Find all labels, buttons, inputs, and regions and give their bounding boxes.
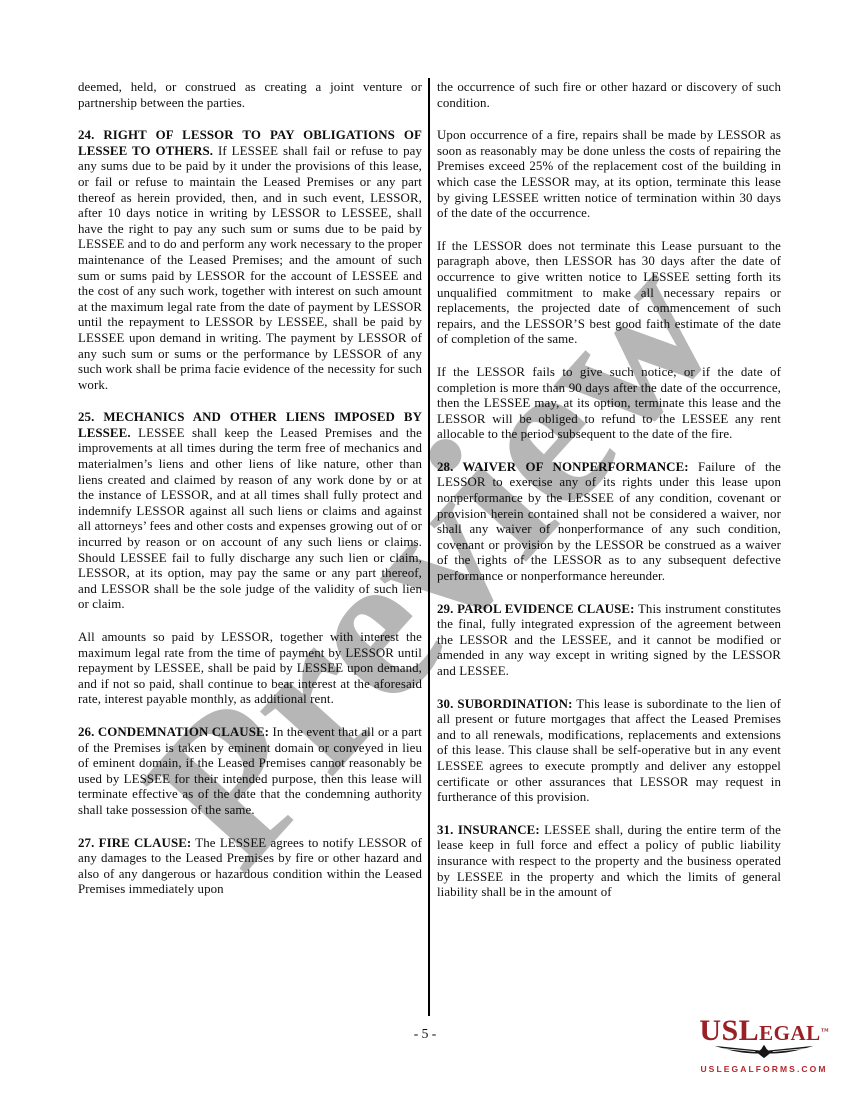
paragraph: 28. WAIVER OF NONPERFORMANCE: Failure of…: [437, 460, 781, 585]
paragraph: 25. MECHANICS AND OTHER LIENS IMPOSED BY…: [78, 410, 422, 613]
paragraph: 27. FIRE CLAUSE: The LESSEE agrees to no…: [78, 836, 422, 898]
section-heading: 28. WAIVER OF NONPERFORMANCE:: [437, 460, 689, 474]
paragraph-text: Failure of the LESSOR to exercise any of…: [437, 460, 781, 583]
paragraph-text: LESSEE shall keep the Leased Premises an…: [78, 426, 422, 612]
paragraph: If the LESSOR fails to give such notice,…: [437, 365, 781, 443]
logo-wordmark: USLEGAL™: [688, 1016, 840, 1046]
paragraph-text: If LESSEE shall fail or refuse to pay an…: [78, 144, 422, 392]
uslegal-logo: USLEGAL™ USLEGALFORMS.COM: [688, 1016, 840, 1074]
paragraph: Upon occurrence of a fire, repairs shall…: [437, 128, 781, 222]
paragraph: deemed, held, or construed as creating a…: [78, 80, 422, 111]
paragraph: 26. CONDEMNATION CLAUSE: In the event th…: [78, 725, 422, 819]
section-heading: 27. FIRE CLAUSE:: [78, 836, 191, 850]
logo-wordmark-large: USL: [699, 1014, 759, 1047]
paragraph-text: This lease is subordinate to the lien of…: [437, 697, 781, 805]
column-divider-line: [428, 78, 430, 1016]
logo-site-text: USLEGALFORMS.COM: [688, 1065, 840, 1074]
paragraph: 29. PAROL EVIDENCE CLAUSE: This instrume…: [437, 602, 781, 680]
trademark-symbol: ™: [821, 1027, 829, 1036]
eagle-wings-icon: [688, 1044, 840, 1064]
column-right: the occurrence of such fire or other haz…: [437, 80, 781, 918]
paragraph: 30. SUBORDINATION: This lease is subordi…: [437, 697, 781, 806]
paragraph-text: Upon occurrence of a fire, repairs shall…: [437, 128, 781, 220]
section-heading: 29. PAROL EVIDENCE CLAUSE:: [437, 602, 635, 616]
paragraph: the occurrence of such fire or other haz…: [437, 80, 781, 111]
paragraph: All amounts so paid by LESSOR, together …: [78, 630, 422, 708]
paragraph: If the LESSOR does not terminate this Le…: [437, 239, 781, 348]
paragraph: 24. RIGHT OF LESSOR TO PAY OBLIGATIONS O…: [78, 128, 422, 393]
paragraph-text: deemed, held, or construed as creating a…: [78, 80, 422, 110]
paragraph-text: the occurrence of such fire or other haz…: [437, 80, 781, 110]
section-heading: 31. INSURANCE:: [437, 823, 540, 837]
section-heading: 30. SUBORDINATION:: [437, 697, 572, 711]
logo-wordmark-small: EGAL: [759, 1021, 821, 1045]
paragraph-text: If the LESSOR does not terminate this Le…: [437, 239, 781, 347]
section-heading: 26. CONDEMNATION CLAUSE:: [78, 725, 269, 739]
column-left: deemed, held, or construed as creating a…: [78, 80, 422, 915]
paragraph: 31. INSURANCE: LESSEE shall, during the …: [437, 823, 781, 901]
paragraph-text: If the LESSOR fails to give such notice,…: [437, 365, 781, 441]
document-page: Preview deemed, held, or construed as cr…: [0, 0, 850, 1100]
paragraph-text: All amounts so paid by LESSOR, together …: [78, 630, 422, 706]
